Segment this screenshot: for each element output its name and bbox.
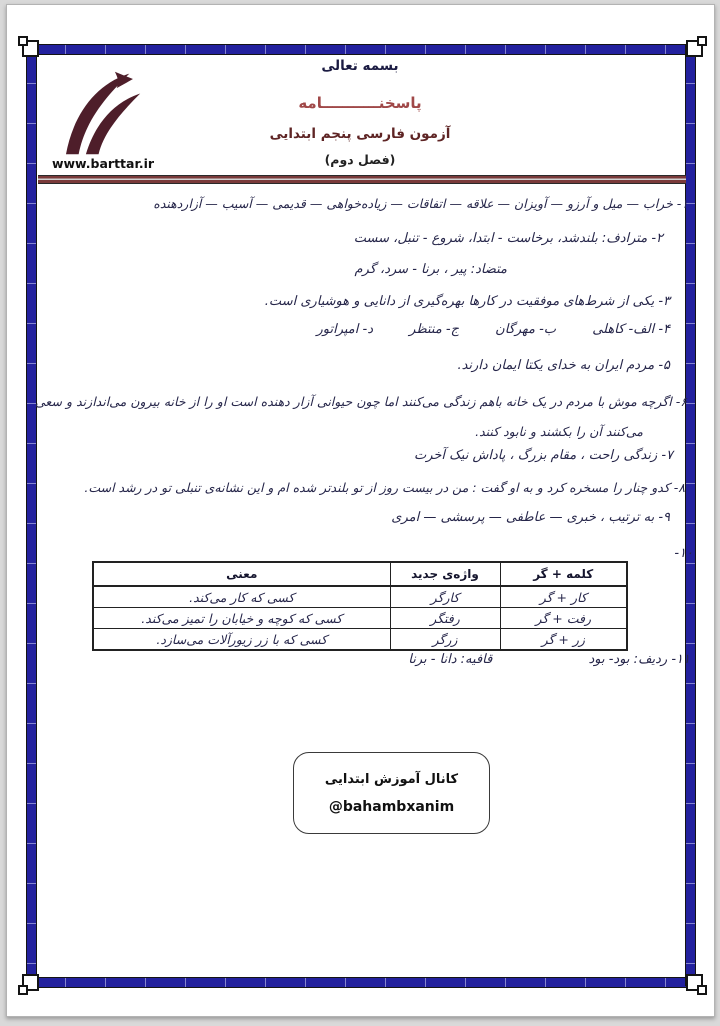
answer-2-synonyms: ۲- مترادف: بلندشد، برخاست - ابتدا، شروع …: [354, 231, 663, 246]
frame-border-top: [26, 44, 694, 55]
answer-10-marker: ۱۰-: [674, 546, 693, 561]
answer-4d: د- امپراتور: [316, 322, 373, 337]
table-header-row: کلمه + گر واژه‌ی جدید معنی: [93, 562, 627, 586]
cell-meaning: کسی که کوچه و خیابان را تمیز می‌کند.: [93, 608, 390, 629]
frame-border-right: [685, 44, 696, 986]
answer-11: ۱۱- ردیف: بود- بود قافیه: دانا - برنا: [408, 652, 690, 667]
cell-word-plus-gar: زر + گر: [500, 629, 627, 651]
channel-handle: @bahambxanim: [329, 799, 454, 815]
cell-new-word: زرگر: [390, 629, 500, 651]
cell-meaning: کسی که کار می‌کند.: [93, 586, 390, 608]
answer-9: ۹- به ترتیب ، خبری — عاطفی — پرسشی — امر…: [391, 510, 670, 525]
cell-word-plus-gar: رفت + گر: [500, 608, 627, 629]
frame-corner-ornament: [22, 40, 39, 57]
table-row: رفت + گر رفتگر کسی که کوچه و خیابان را ت…: [93, 608, 627, 629]
barttar-logo-icon: [58, 70, 150, 156]
word-formation-table: کلمه + گر واژه‌ی جدید معنی کار + گر کارگ…: [92, 561, 628, 651]
channel-title: کانال آموزش ابتدایی: [325, 772, 458, 787]
website-url: www.barttar.ir: [36, 156, 170, 171]
answer-4: ۴- الف- کاهلی ب- مهرگان ج- منتظر د- امپر…: [316, 322, 670, 337]
column-header-new-word: واژه‌ی جدید: [390, 562, 500, 586]
table-row: کار + گر کارگر کسی که کار می‌کند.: [93, 586, 627, 608]
cell-meaning: کسی که با زر زیورآلات می‌سازد.: [93, 629, 390, 651]
answer-8: ۸- کدو چنار را مسخره کرد و به او گفت : م…: [84, 480, 685, 495]
answer-1: ۱- خراب — میل و آرزو — آویزان — علاقه — …: [153, 196, 688, 211]
cell-new-word: کارگر: [390, 586, 500, 608]
answer-sheet-title: پاسخنـــــــــــامه: [40, 94, 680, 112]
header-divider: [38, 175, 686, 184]
answer-3: ۳- یکی از شرط‌های موفقیت در کارها بهره‌گ…: [265, 294, 670, 309]
answer-6: ۶- اگرچه موش با مردم در یک خانه باهم زند…: [35, 387, 687, 447]
answer-5: ۵- مردم ایران به خدای یکتا ایمان دارند.: [457, 358, 670, 373]
frame-corner-ornament: [686, 40, 703, 57]
frame-corner-ornament: [22, 974, 39, 991]
cell-new-word: رفتگر: [390, 608, 500, 629]
frame-corner-ornament: [686, 974, 703, 991]
frame-border-bottom: [26, 977, 694, 988]
cell-word-plus-gar: کار + گر: [500, 586, 627, 608]
column-header-meaning: معنی: [93, 562, 390, 586]
answer-11-ghafie: قافیه: دانا - برنا: [408, 652, 492, 667]
table-row: زر + گر زرگر کسی که با زر زیورآلات می‌سا…: [93, 629, 627, 651]
exam-title: آزمون فارسی پنجم ابتدایی: [40, 126, 680, 142]
answer-2-antonyms: متضاد: پیر ، برنا - سرد، گرم: [354, 262, 507, 277]
column-header-word-plus-gar: کلمه + گر: [500, 562, 627, 586]
answer-7: ۷- زندگی راحت ، مقام بزرگ ، پاداش نیک آخ…: [414, 448, 673, 463]
answer-4a: ۴- الف- کاهلی: [592, 322, 670, 337]
answer-4c: ج- منتظر: [409, 322, 459, 337]
frame-border-left: [26, 44, 37, 986]
answer-11-radif: ۱۱- ردیف: بود- بود: [588, 652, 690, 667]
answer-4b: ب- مهرگان: [495, 322, 556, 337]
channel-info-box: کانال آموزش ابتدایی @bahambxanim: [293, 752, 490, 834]
